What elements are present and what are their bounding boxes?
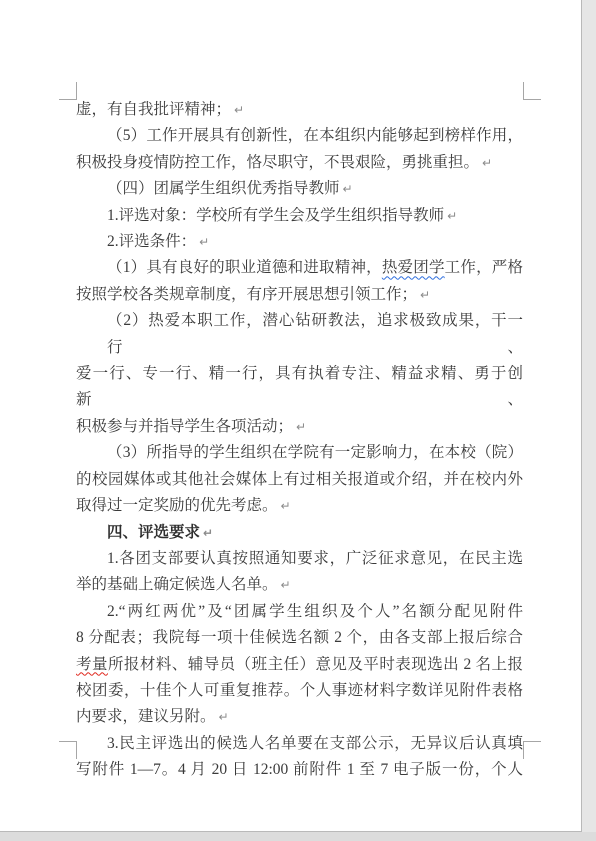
paragraph-mark-icon: ↵: [234, 103, 244, 117]
text-segment: 取得过一定奖励的优先考虑。: [76, 497, 278, 514]
text-segment: 举的基础上确定候选人名单。: [76, 576, 278, 593]
text-line: 爱一行、专一行、精一行，具有执着专注、精益求精、勇于创新、: [76, 361, 523, 414]
paragraph-mark-icon: ↵: [296, 420, 306, 434]
paragraph-mark-icon: ↵: [420, 288, 430, 302]
text-segment: 虚，有自我批评精神；: [76, 101, 231, 118]
paragraph-mark-icon: ↵: [219, 710, 229, 724]
text-line: 积极投身疫情防控工作，恪尽职守，不畏艰险，勇挑重担。↵: [76, 150, 523, 176]
text-line: 3.民主评选出的候选人名单要在支部公示，无异议后认真填: [76, 731, 523, 757]
text-line: （1）具有良好的职业道德和进取精神，热爱团学工作，严格: [76, 255, 523, 281]
margin-mark-bottom-right: [523, 741, 541, 759]
text-segment: 写附件 1—7。4 月 20 日 12:00 前附件 1 至 7 电子版一份，个…: [76, 761, 523, 778]
text-segment: 工作，严格: [445, 259, 523, 276]
document-page: 虚，有自我批评精神；↵（5）工作开展具有创新性，在本组织内能够起到榜样作用，积极…: [0, 0, 582, 832]
text-line: 考量所报材料、辅导员（班主任）意见及平时表现选出 2 名上报: [76, 652, 523, 678]
text-line: （四）团属学生组织优秀指导教师↵: [76, 176, 523, 202]
text-segment: 1.各团支部要认真按照通知要求，广泛征求意见，在民主选: [107, 550, 523, 567]
text-line: 1.各团支部要认真按照通知要求，广泛征求意见，在民主选: [76, 546, 523, 572]
text-line: 2.“两红两优”及“团属学生组织及个人”名额分配见附件: [76, 599, 523, 625]
text-segment: 所报材料、辅导员（班主任）意见及平时表现选出 2 名上报: [108, 656, 523, 673]
text-line: 写附件 1—7。4 月 20 日 12:00 前附件 1 至 7 电子版一份，个…: [76, 757, 523, 783]
spellcheck-red-underline: 考量: [76, 656, 108, 673]
text-segment: 8 分配表；我院每一项十佳候选名额 2 个，由各支部上报后综合: [76, 629, 523, 646]
spellcheck-blue-underline: 热爱团学: [382, 259, 445, 276]
text-segment: （四）团属学生组织优秀指导教师: [107, 180, 340, 197]
margin-mark-top-right: [523, 82, 541, 100]
text-line: （5）工作开展具有创新性，在本组织内能够起到榜样作用，: [76, 123, 523, 149]
text-segment: （5）工作开展具有创新性，在本组织内能够起到榜样作用，: [107, 127, 523, 144]
text-segment: 2.评选条件：: [107, 233, 196, 250]
text-segment: 的校园媒体或其他社会媒体上有过相关报道或介绍，并在校内外: [76, 471, 523, 488]
text-line: （2）热爱本职工作，潜心钻研教法，追求极致成果，干一行、: [76, 308, 523, 361]
text-line: 积极参与并指导学生各项活动；↵: [76, 414, 523, 440]
text-segment: 内要求，建议另附。: [76, 708, 216, 725]
text-line: 8 分配表；我院每一项十佳候选名额 2 个，由各支部上报后综合: [76, 625, 523, 651]
text-segment: 积极参与并指导学生各项活动；: [76, 418, 293, 435]
paragraph-mark-icon: ↵: [281, 578, 291, 592]
text-segment: （1）具有良好的职业道德和进取精神，: [107, 259, 382, 276]
text-line: 取得过一定奖励的优先考虑。↵: [76, 493, 523, 519]
text-line: 按照学校各类规章制度，有序开展思想引领工作；↵: [76, 282, 523, 308]
text-segment: 3.民主评选出的候选人名单要在支部公示，无异议后认真填: [107, 735, 523, 752]
page-bottom-edge-gap: [0, 832, 596, 841]
document-text[interactable]: 虚，有自我批评精神；↵（5）工作开展具有创新性，在本组织内能够起到榜样作用，积极…: [76, 97, 523, 784]
text-segment: 四、评选要求: [107, 524, 200, 541]
margin-mark-bottom-left: [59, 741, 77, 759]
paragraph-mark-icon: ↵: [482, 156, 492, 170]
paragraph-mark-icon: ↵: [281, 499, 291, 513]
text-segment: （3）所指导的学生组织在学院有一定影响力，在本校（院）: [107, 444, 523, 461]
text-line: 的校园媒体或其他社会媒体上有过相关报道或介绍，并在校内外: [76, 467, 523, 493]
text-line: 1.评选对象：学校所有学生会及学生组织指导教师↵: [76, 203, 523, 229]
text-line: 校团委，十佳个人可重复推荐。个人事迹材料字数详见附件表格: [76, 678, 523, 704]
text-segment: 1.评选对象：学校所有学生会及学生组织指导教师: [107, 207, 444, 224]
page-right-edge-gap: [582, 0, 596, 841]
text-segment: 爱一行、专一行、精一行，具有执着专注、精益求精、勇于创新、: [76, 365, 523, 408]
paragraph-mark-icon: ↵: [203, 526, 213, 540]
text-segment: 2.“两红两优”及“团属学生组织及个人”名额分配见附件: [107, 603, 523, 620]
text-line: 内要求，建议另附。↵: [76, 704, 523, 730]
text-segment: 按照学校各类规章制度，有序开展思想引领工作；: [76, 286, 417, 303]
text-line: 2.评选条件：↵: [76, 229, 523, 255]
text-line: 举的基础上确定候选人名单。↵: [76, 572, 523, 598]
text-segment: 积极投身疫情防控工作，恪尽职守，不畏艰险，勇挑重担。: [76, 154, 479, 171]
text-segment: 校团委，十佳个人可重复推荐。个人事迹材料字数详见附件表格: [76, 682, 523, 699]
text-line: 四、评选要求↵: [76, 520, 523, 546]
text-line: （3）所指导的学生组织在学院有一定影响力，在本校（院）: [76, 440, 523, 466]
paragraph-mark-icon: ↵: [343, 182, 353, 196]
text-segment: （2）热爱本职工作，潜心钻研教法，追求极致成果，干一行、: [107, 312, 523, 355]
text-line: 虚，有自我批评精神；↵: [76, 97, 523, 123]
paragraph-mark-icon: ↵: [199, 235, 209, 249]
margin-mark-top-left: [59, 82, 77, 100]
paragraph-mark-icon: ↵: [447, 209, 457, 223]
